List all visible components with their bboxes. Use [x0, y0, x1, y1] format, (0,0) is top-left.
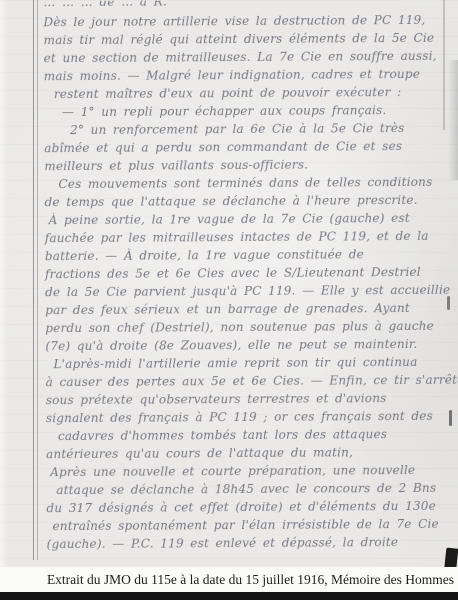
- manuscript-partial-fragment: … … … de … à R.: [43, 0, 443, 11]
- margin-ruled-line: [33, 0, 34, 560]
- scan-smudge: [448, 60, 458, 180]
- manuscript-line: abîmée et qui a perdu son commandant de …: [44, 137, 444, 157]
- scanned-journal-page: … … … de … à R. Dès le jour notre artill…: [0, 0, 458, 600]
- scan-bottom-bar: [0, 592, 458, 600]
- scan-artifact-mark: [447, 296, 450, 310]
- manuscript-text: … … … de … à R. Dès le jour notre artill…: [43, 0, 446, 553]
- manuscript-lines: Dès le jour notre artillerie vise la des…: [43, 11, 446, 553]
- manuscript-line: cadavres d'hommes tombés tant lors des a…: [46, 425, 446, 445]
- manuscript-line-partial: … … … de … à R.: [43, 0, 443, 11]
- scan-left-edge: [0, 0, 8, 600]
- caption-strip: Extrait du JMO du 115e à la date du 15 j…: [0, 567, 458, 592]
- caption-text: Extrait du JMO du 115e à la date du 15 j…: [47, 572, 454, 588]
- scan-artifact-mark: [449, 410, 452, 426]
- manuscript-line: fauchée par les mitrailleuses intactes d…: [45, 227, 445, 247]
- margin-ruled-line-inner: [37, 0, 38, 560]
- manuscript-line: (gauche). — P.C. 119 est enlevé et dépas…: [47, 533, 447, 553]
